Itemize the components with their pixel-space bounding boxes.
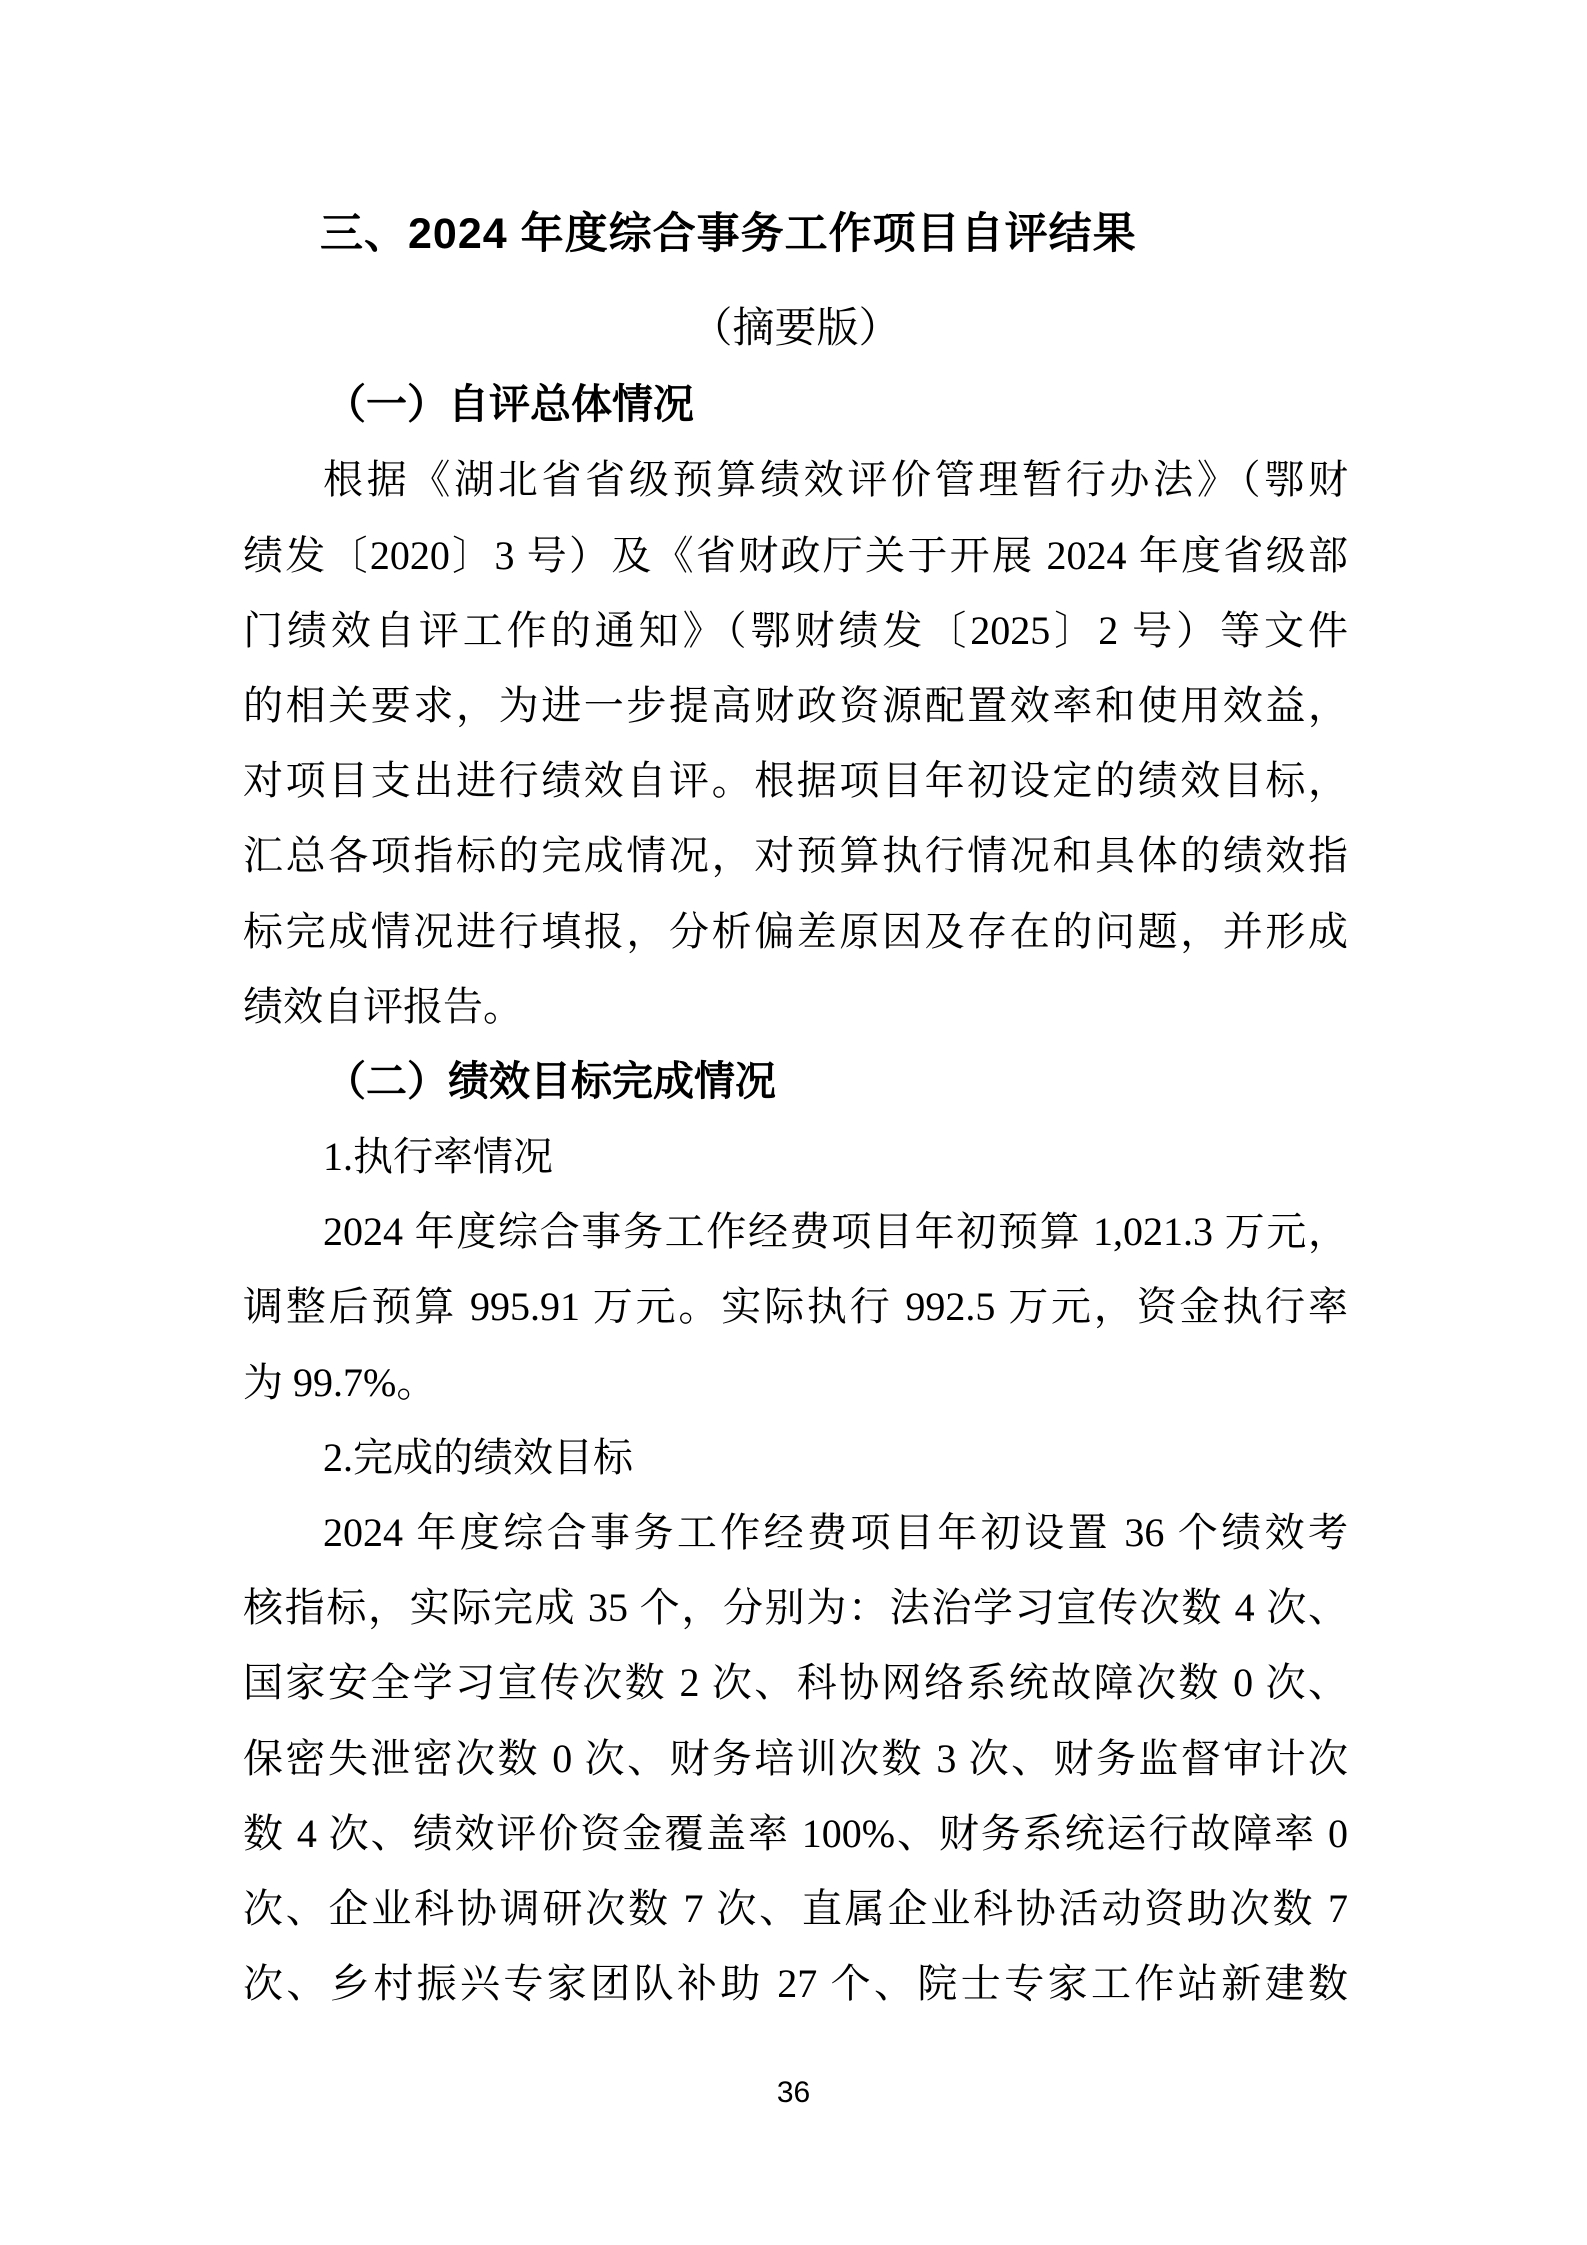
paragraph-line: 2024 年度综合事务工作经费项目年初设置 36 个绩效考 [243,1495,1348,1570]
document-title: 三、2024 年度综合事务工作项目自评结果 [320,197,1348,272]
paragraph-line: 门绩效自评工作的通知》（鄂财绩发〔2025〕2 号）等文件 [243,593,1348,668]
paragraph-line: 保密失泄密次数 0 次、财务培训次数 3 次、财务监督审计次 [243,1721,1348,1796]
paragraph-line: 次、企业科协调研次数 7 次、直属企业科协活动资助次数 7 [243,1871,1348,1946]
paragraph-line: 根据《湖北省省级预算绩效评价管理暂行办法》（鄂财 [243,442,1348,517]
subsection-1-heading: 1.执行率情况 [243,1119,1348,1194]
paragraph-line: 次、乡村振兴专家团队补助 27 个、院士专家工作站新建数 [243,1946,1348,2021]
document-content: 三、2024 年度综合事务工作项目自评结果 （摘要版） （一）自评总体情况 根据… [243,0,1348,2021]
document-page: 三、2024 年度综合事务工作项目自评结果 （摘要版） （一）自评总体情况 根据… [0,0,1587,2245]
paragraph-line: 标完成情况进行填报，分析偏差原因及存在的问题，并形成 [243,894,1348,969]
paragraph-line: 对项目支出进行绩效自评。根据项目年初设定的绩效目标， [243,743,1348,818]
paragraph-line: 数 4 次、绩效评价资金覆盖率 100%、财务系统运行故障率 0 [243,1796,1348,1871]
section-1-heading: （一）自评总体情况 [243,367,1348,442]
paragraph-line: 的相关要求，为进一步提高财政资源配置效率和使用效益， [243,668,1348,743]
paragraph-line: 绩发〔2020〕3 号）及《省财政厅关于开展 2024 年度省级部 [243,518,1348,593]
section-2-heading: （二）绩效目标完成情况 [243,1044,1348,1119]
paragraph-line: 为 99.7%。 [243,1345,1348,1420]
paragraph-line: 调整后预算 995.91 万元。实际执行 992.5 万元，资金执行率 [243,1269,1348,1344]
subsection-2-heading: 2.完成的绩效目标 [243,1420,1348,1495]
page-number: 36 [0,2058,1587,2128]
paragraph-line: 汇总各项指标的完成情况，对预算执行情况和具体的绩效指 [243,818,1348,893]
document-subtitle: （摘要版） [243,292,1348,367]
paragraph-line: 2024 年度综合事务工作经费项目年初预算 1,021.3 万元， [243,1194,1348,1269]
paragraph-line: 国家安全学习宣传次数 2 次、科协网络系统故障次数 0 次、 [243,1645,1348,1720]
paragraph-line: 绩效自评报告。 [243,969,1348,1044]
paragraph-line: 核指标，实际完成 35 个，分别为：法治学习宣传次数 4 次、 [243,1570,1348,1645]
